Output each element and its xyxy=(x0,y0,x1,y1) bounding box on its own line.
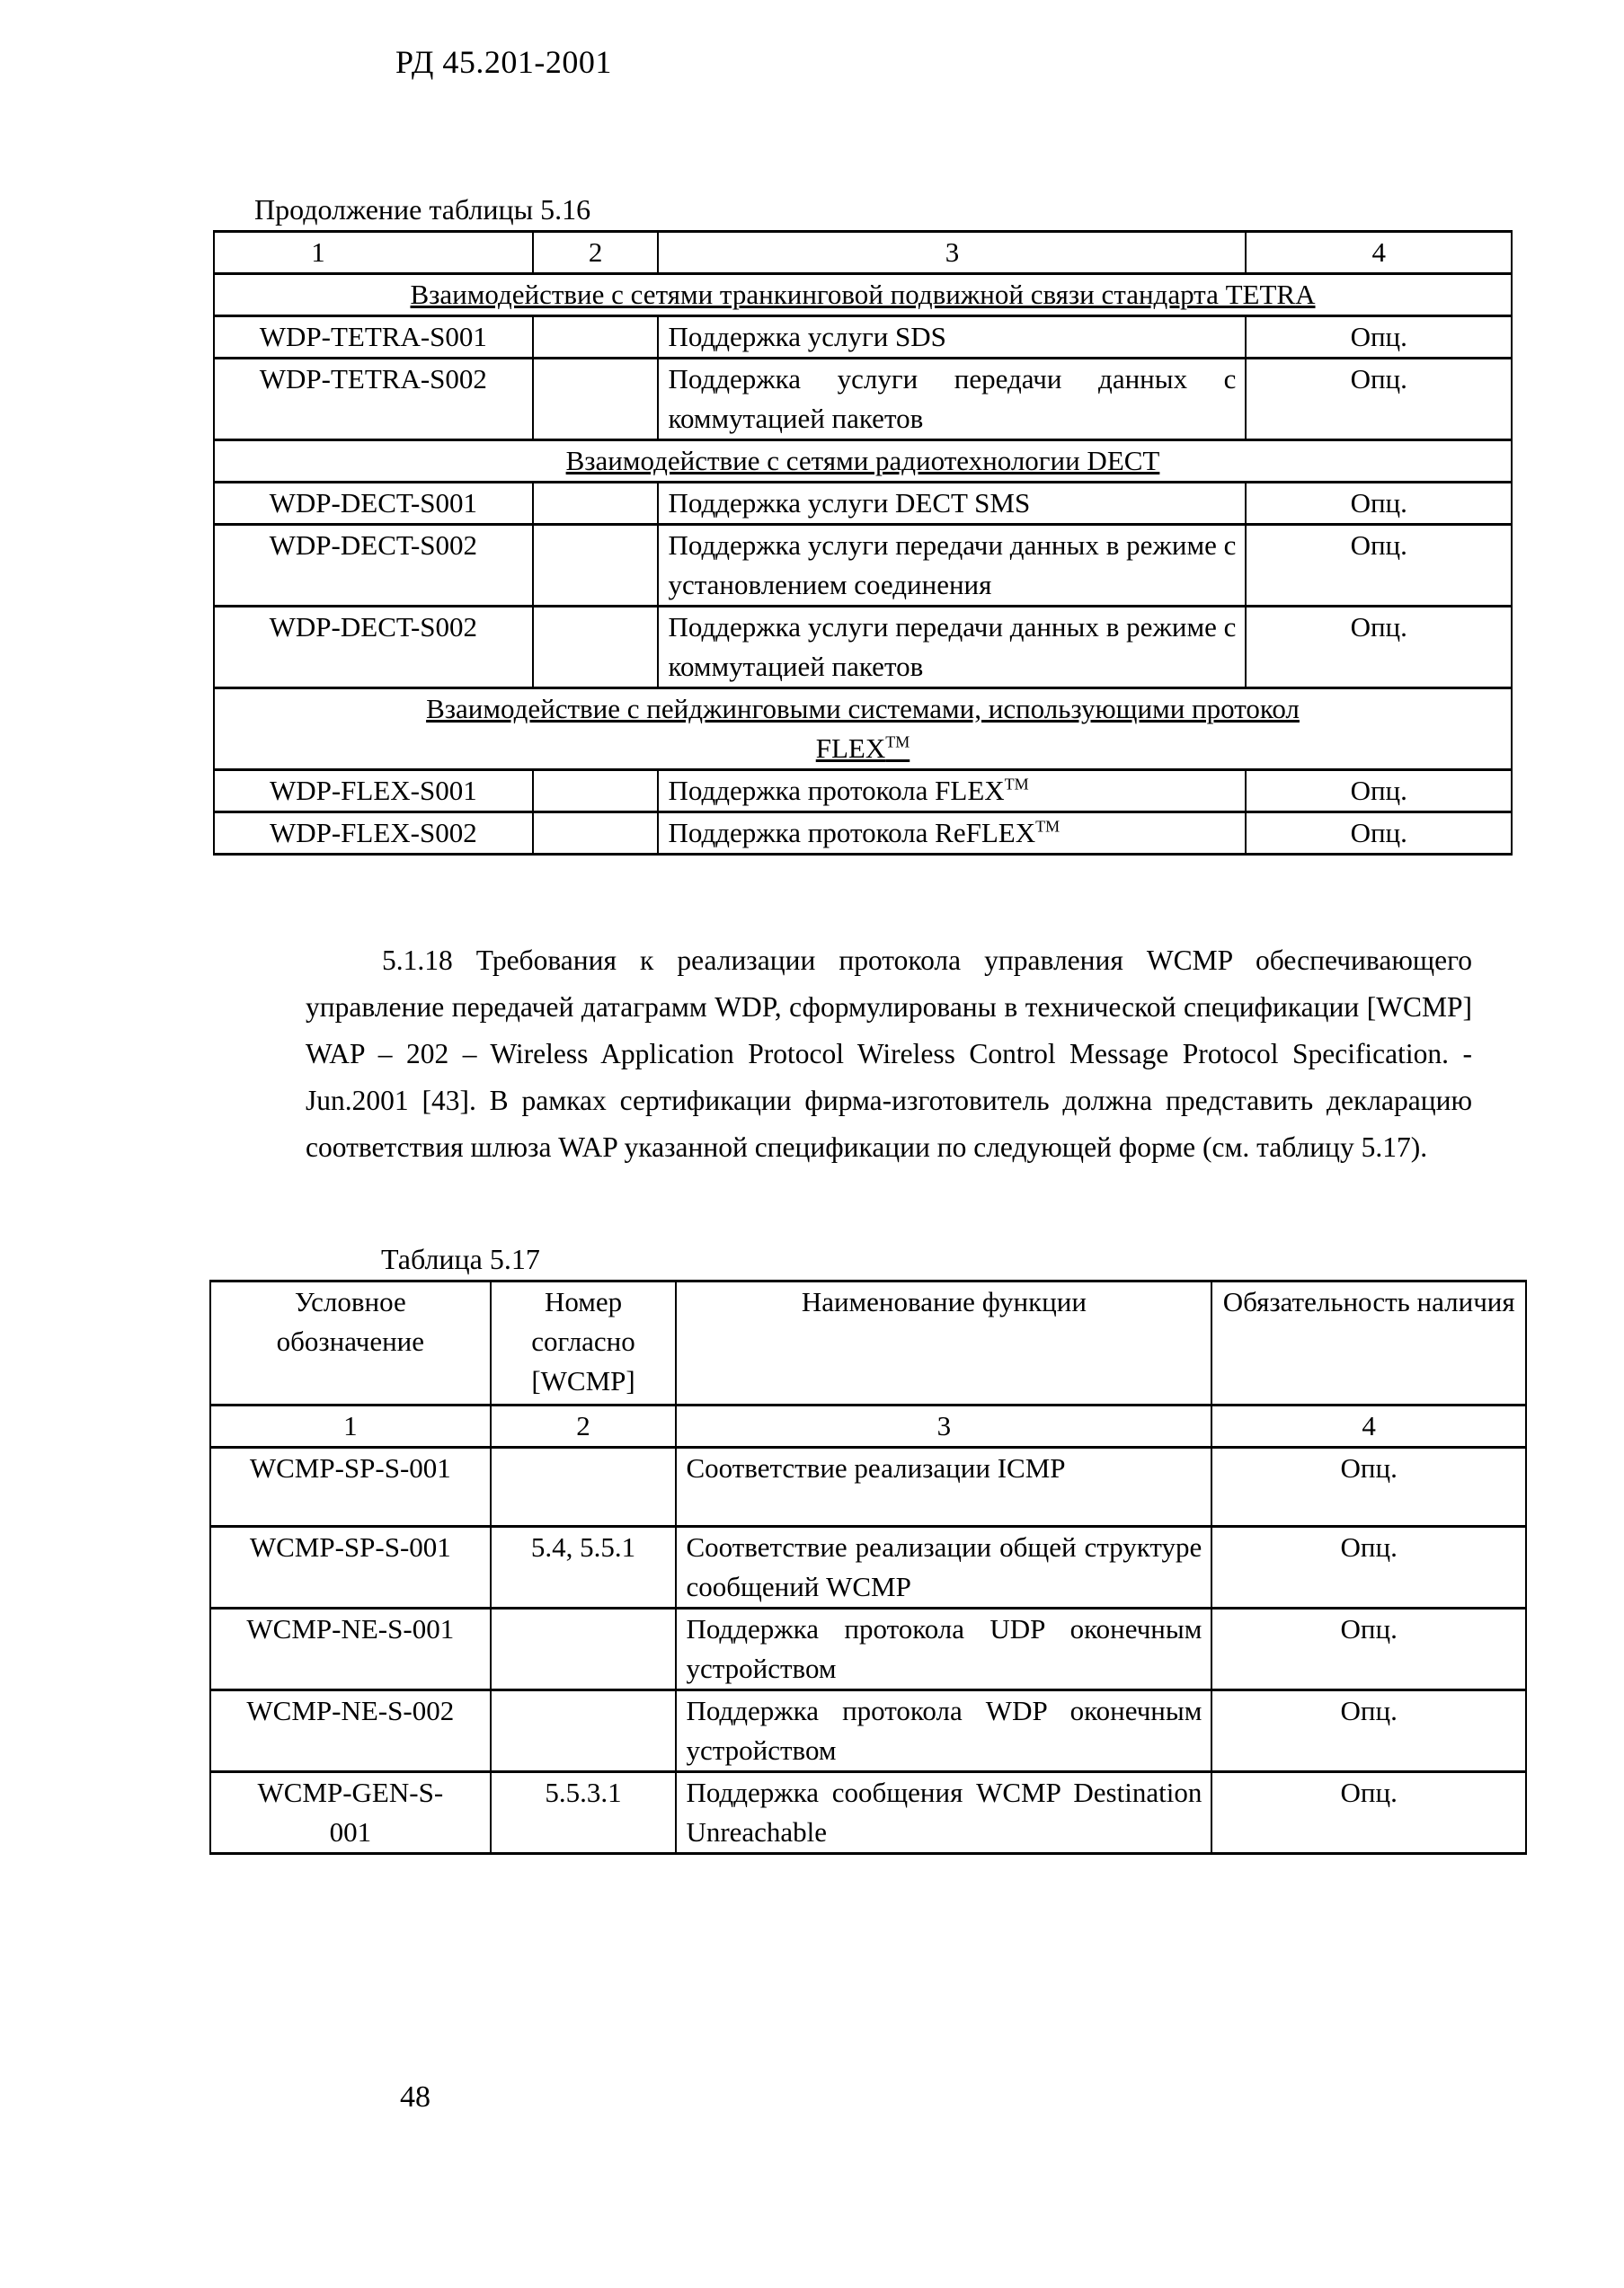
trademark-mark: TM xyxy=(1005,776,1029,794)
table-5-16: 1 2 3 4 Взаимодействие с сетями транкинг… xyxy=(213,230,1513,856)
table-5-17: Условное обозначение Номер согласно [WCM… xyxy=(209,1280,1527,1855)
table-caption: Продолжение таблицы 5.16 xyxy=(254,193,590,226)
column-number-row: 1 2 3 4 xyxy=(210,1406,1526,1448)
row-id: WDP-DECT-S002 xyxy=(214,525,533,607)
table-row: WDP-DECT-S002 Поддержка услуги передачи … xyxy=(214,525,1512,607)
row-ref xyxy=(533,483,659,525)
section-header-row: Взаимодействие с сетями транкинговой под… xyxy=(214,274,1512,316)
row-id: WDP-FLEX-S001 xyxy=(214,770,533,812)
table-row: WDP-TETRA-S002 Поддержка услуги передачи… xyxy=(214,359,1512,440)
section-title: Взаимодействие с пейджинговыми системами… xyxy=(214,688,1512,770)
row-id: WDP-FLEX-S002 xyxy=(214,812,533,855)
table-row: WCMP-NE-S-001 Поддержка протокола UDP ок… xyxy=(210,1609,1526,1690)
section-header-row: Взаимодействие с пейджинговыми системами… xyxy=(214,688,1512,770)
row-ref: 5.5.3.1 xyxy=(491,1772,677,1854)
row-id: WCMP-NE-S-002 xyxy=(210,1690,491,1772)
section-title: Взаимодействие с сетями радиотехнологии … xyxy=(214,440,1512,483)
table-row: WDP-FLEX-S002 Поддержка протокола ReFLEX… xyxy=(214,812,1512,855)
row-function: Поддержка сообщения WCMP Destination Unr… xyxy=(676,1772,1211,1854)
column-number: 2 xyxy=(533,232,659,274)
row-status: Опц. xyxy=(1211,1609,1526,1690)
row-ref xyxy=(533,359,659,440)
row-id: WCMP-SP-S-001 xyxy=(210,1527,491,1609)
page-number: 48 xyxy=(400,2080,430,2115)
table-row: WCMP-GEN-S-001 5.5.3.1 Поддержка сообщен… xyxy=(210,1772,1526,1854)
row-id: WCMP-NE-S-001 xyxy=(210,1609,491,1690)
row-status: Опц. xyxy=(1211,1772,1526,1854)
section-title: Взаимодействие с сетями транкинговой под… xyxy=(214,274,1512,316)
row-id: WCMP-GEN-S-001 xyxy=(210,1772,491,1854)
row-function: Соответствие реализации общей структуре … xyxy=(676,1527,1211,1609)
row-function: Поддержка протокола FLEXTM xyxy=(658,770,1246,812)
row-function: Поддержка услуги DECT SMS xyxy=(658,483,1246,525)
row-id: WDP-DECT-S001 xyxy=(214,483,533,525)
row-function: Соответствие реализации ICMP xyxy=(676,1448,1211,1527)
row-function: Поддержка протокола WDP оконечным устрой… xyxy=(676,1690,1211,1772)
paragraph-5-1-18: 5.1.18 Требования к реализации протокола… xyxy=(306,937,1472,1171)
trademark-mark: TM xyxy=(885,733,910,751)
row-status: Опц. xyxy=(1211,1690,1526,1772)
column-number: 4 xyxy=(1246,232,1512,274)
column-header: Наименование функции xyxy=(676,1281,1211,1406)
header-row: Условное обозначение Номер согласно [WCM… xyxy=(210,1281,1526,1406)
section-header-row: Взаимодействие с сетями радиотехнологии … xyxy=(214,440,1512,483)
row-function: Поддержка протокола UDP оконечным устрой… xyxy=(676,1609,1211,1690)
row-status: Опц. xyxy=(1246,316,1512,359)
table-row: WDP-TETRA-S001 Поддержка услуги SDS Опц. xyxy=(214,316,1512,359)
table-caption: Таблица 5.17 xyxy=(381,1243,540,1276)
row-id: WCMP-SP-S-001 xyxy=(210,1448,491,1527)
column-number-row: 1 2 3 4 xyxy=(214,232,1512,274)
column-number: 1 xyxy=(210,1406,491,1448)
row-id: WDP-TETRA-S002 xyxy=(214,359,533,440)
row-status: Опц. xyxy=(1246,483,1512,525)
table-row: WDP-FLEX-S001 Поддержка протокола FLEXTM… xyxy=(214,770,1512,812)
document-code: РД 45.201-2001 xyxy=(395,43,612,81)
row-status: Опц. xyxy=(1211,1448,1526,1527)
row-function: Поддержка услуги передачи данных в режим… xyxy=(658,525,1246,607)
row-function: Поддержка услуги передачи данных в режим… xyxy=(658,607,1246,688)
row-id: WDP-TETRA-S001 xyxy=(214,316,533,359)
table-row: WCMP-NE-S-002 Поддержка протокола WDP ок… xyxy=(210,1690,1526,1772)
column-number: 3 xyxy=(658,232,1246,274)
table-row: WCMP-SP-S-001 Соответствие реализации IC… xyxy=(210,1448,1526,1527)
column-header: Условное обозначение xyxy=(210,1281,491,1406)
row-status: Опц. xyxy=(1246,607,1512,688)
column-header: Номер согласно [WCMP] xyxy=(491,1281,677,1406)
column-number: 4 xyxy=(1211,1406,1526,1448)
row-ref xyxy=(533,770,659,812)
row-ref xyxy=(491,1690,677,1772)
column-number: 1 xyxy=(214,232,533,274)
column-number: 2 xyxy=(491,1406,677,1448)
row-function: Поддержка протокола ReFLEXTM xyxy=(658,812,1246,855)
trademark-mark: TM xyxy=(1035,818,1060,836)
table-row: WCMP-SP-S-001 5.4, 5.5.1 Соответствие ре… xyxy=(210,1527,1526,1609)
row-status: Опц. xyxy=(1246,770,1512,812)
row-status: Опц. xyxy=(1246,525,1512,607)
row-ref xyxy=(491,1448,677,1527)
row-ref xyxy=(533,316,659,359)
column-number: 3 xyxy=(676,1406,1211,1448)
column-header: Обязательность наличия xyxy=(1211,1281,1526,1406)
row-ref xyxy=(533,525,659,607)
row-ref xyxy=(491,1609,677,1690)
row-status: Опц. xyxy=(1246,812,1512,855)
row-function: Поддержка услуги SDS xyxy=(658,316,1246,359)
table-row: WDP-DECT-S001 Поддержка услуги DECT SMS … xyxy=(214,483,1512,525)
row-ref: 5.4, 5.5.1 xyxy=(491,1527,677,1609)
row-ref xyxy=(533,812,659,855)
row-ref xyxy=(533,607,659,688)
table-row: WDP-DECT-S002 Поддержка услуги передачи … xyxy=(214,607,1512,688)
row-status: Опц. xyxy=(1211,1527,1526,1609)
row-function: Поддержка услуги передачи данных с комму… xyxy=(658,359,1246,440)
row-id: WDP-DECT-S002 xyxy=(214,607,533,688)
row-status: Опц. xyxy=(1246,359,1512,440)
